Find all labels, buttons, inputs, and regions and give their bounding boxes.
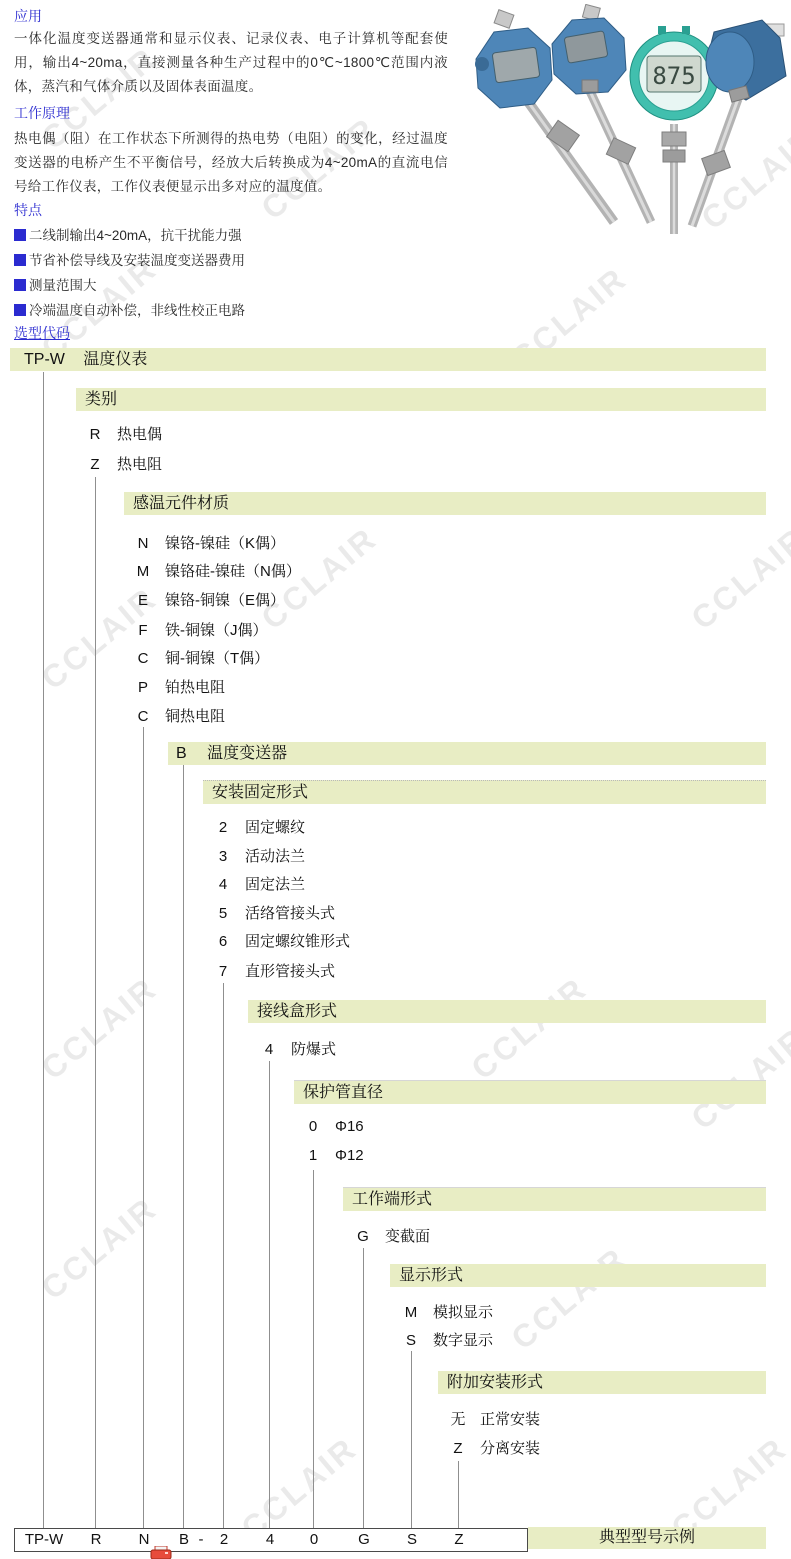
- transmitter-code: B: [176, 742, 187, 765]
- example-model-box: TP-W R N B - 2 4 0 G S Z: [14, 1528, 528, 1552]
- connector-line: [95, 477, 96, 1528]
- option-row: 无正常安装: [447, 1408, 540, 1429]
- bullet-square-icon: [14, 279, 26, 291]
- product-spec-page: CCLAIR CCLAIR CCLAIR CCLAIR CCLAIR CCLAI…: [0, 0, 791, 1559]
- model-code: TP-W: [24, 348, 65, 371]
- option-row: 0Φ16: [302, 1118, 364, 1135]
- option-row: F铁-铜镍（J偶）: [132, 619, 268, 640]
- level-band-model: TP-W 温度仪表: [10, 348, 766, 371]
- option-row: Z热电阻: [84, 453, 162, 474]
- option-row: N镍铬-镍硅（K偶）: [132, 532, 285, 553]
- bullet-square-icon: [14, 254, 26, 266]
- option-row: 6固定螺纹锥形式: [212, 930, 350, 951]
- connector-line: [269, 1061, 270, 1528]
- level-band-mounting: 安装固定形式: [203, 780, 766, 804]
- level-band-working-end: 工作端形式: [343, 1187, 766, 1211]
- option-row: 3活动法兰: [212, 845, 305, 866]
- connector-line: [313, 1170, 314, 1528]
- feature-item: 节省补偿导线及安装温度变送器费用: [14, 249, 245, 269]
- watermark-text: CCLAIR: [684, 520, 791, 638]
- selection-code-link[interactable]: 选型代码: [14, 323, 70, 343]
- watermark-text: CCLAIR: [684, 1020, 791, 1138]
- level-band-transmitter: B 温度变送器: [168, 742, 766, 765]
- application-text: 一体化温度变送器通常和显示仪表、记录仪表、电子计算机等配套使用，输出4~20ma…: [14, 27, 448, 99]
- connector-line: [183, 765, 184, 1528]
- watermark-text: CCLAIR: [34, 970, 164, 1088]
- example-caption: 典型型号示例: [528, 1527, 766, 1549]
- feature-item: 测量范围大: [14, 274, 97, 294]
- example-code: Z: [454, 1531, 463, 1548]
- product-photo: 875: [446, 4, 788, 242]
- level-band-tube-diameter: 保护管直径: [294, 1080, 766, 1104]
- option-row: C铜-铜镍（T偶）: [132, 647, 269, 668]
- example-code: R: [91, 1531, 102, 1548]
- application-heading: 应用: [14, 6, 42, 26]
- level-band-category: 类别: [76, 388, 766, 411]
- feature-item: 冷端温度自动补偿，非线性校正电路: [14, 299, 245, 319]
- svg-text:875: 875: [652, 62, 695, 90]
- option-row: 4固定法兰: [212, 873, 305, 894]
- option-row: P铂热电阻: [132, 676, 225, 697]
- connector-line: [43, 372, 44, 1528]
- watermark-text: CCLAIR: [464, 970, 594, 1088]
- option-row: E镍铬-铜镍（E偶）: [132, 589, 285, 610]
- connector-line: [458, 1461, 459, 1528]
- option-row: 1Φ12: [302, 1147, 364, 1164]
- level-band-display-type: 显示形式: [390, 1264, 766, 1287]
- principle-text: 热电偶（阻）在工作状态下所测得的热电势（电阻）的变化，经过温度变送器的电桥产生不…: [14, 127, 448, 199]
- level-band-junction-box: 接线盒形式: [248, 1000, 766, 1023]
- option-row: 7直形管接头式: [212, 960, 335, 981]
- example-code: N: [139, 1531, 150, 1548]
- principle-heading: 工作原理: [14, 103, 70, 123]
- bullet-square-icon: [14, 304, 26, 316]
- option-row: R热电偶: [84, 423, 162, 444]
- option-row: 5活络管接头式: [212, 902, 335, 923]
- connector-line: [363, 1248, 364, 1528]
- features-heading: 特点: [14, 200, 42, 220]
- watermark-text: CCLAIR: [504, 1240, 634, 1358]
- example-code: 2: [220, 1531, 228, 1548]
- bullet-square-icon: [14, 229, 26, 241]
- option-row: M镍铬硅-镍硅（N偶）: [132, 560, 301, 581]
- level-band-element-material: 感温元件材质: [124, 492, 766, 515]
- example-code: 4: [266, 1531, 274, 1548]
- example-code: -: [199, 1531, 204, 1548]
- option-row: C铜热电阻: [132, 705, 225, 726]
- connector-line: [143, 727, 144, 1528]
- example-code: 0: [310, 1531, 318, 1548]
- option-row: G变截面: [352, 1225, 430, 1246]
- feature-item: 二线制输出4~20mA，抗干扰能力强: [14, 224, 242, 244]
- connector-line: [223, 983, 224, 1528]
- example-code: B: [179, 1531, 189, 1548]
- example-code: TP-W: [25, 1531, 63, 1548]
- watermark-text: CCLAIR: [34, 1190, 164, 1308]
- option-row: S数字显示: [400, 1329, 493, 1350]
- option-row: 4防爆式: [258, 1038, 336, 1059]
- option-row: 2固定螺纹: [212, 816, 305, 837]
- model-title: 温度仪表: [83, 351, 147, 368]
- option-row: M模拟显示: [400, 1301, 493, 1322]
- option-row: Z分离安装: [447, 1437, 540, 1458]
- example-code: G: [358, 1531, 370, 1548]
- level-band-extra-mounting: 附加安装形式: [438, 1371, 766, 1394]
- connector-line: [411, 1351, 412, 1528]
- print-icon[interactable]: [150, 1546, 172, 1559]
- example-code: S: [407, 1531, 417, 1548]
